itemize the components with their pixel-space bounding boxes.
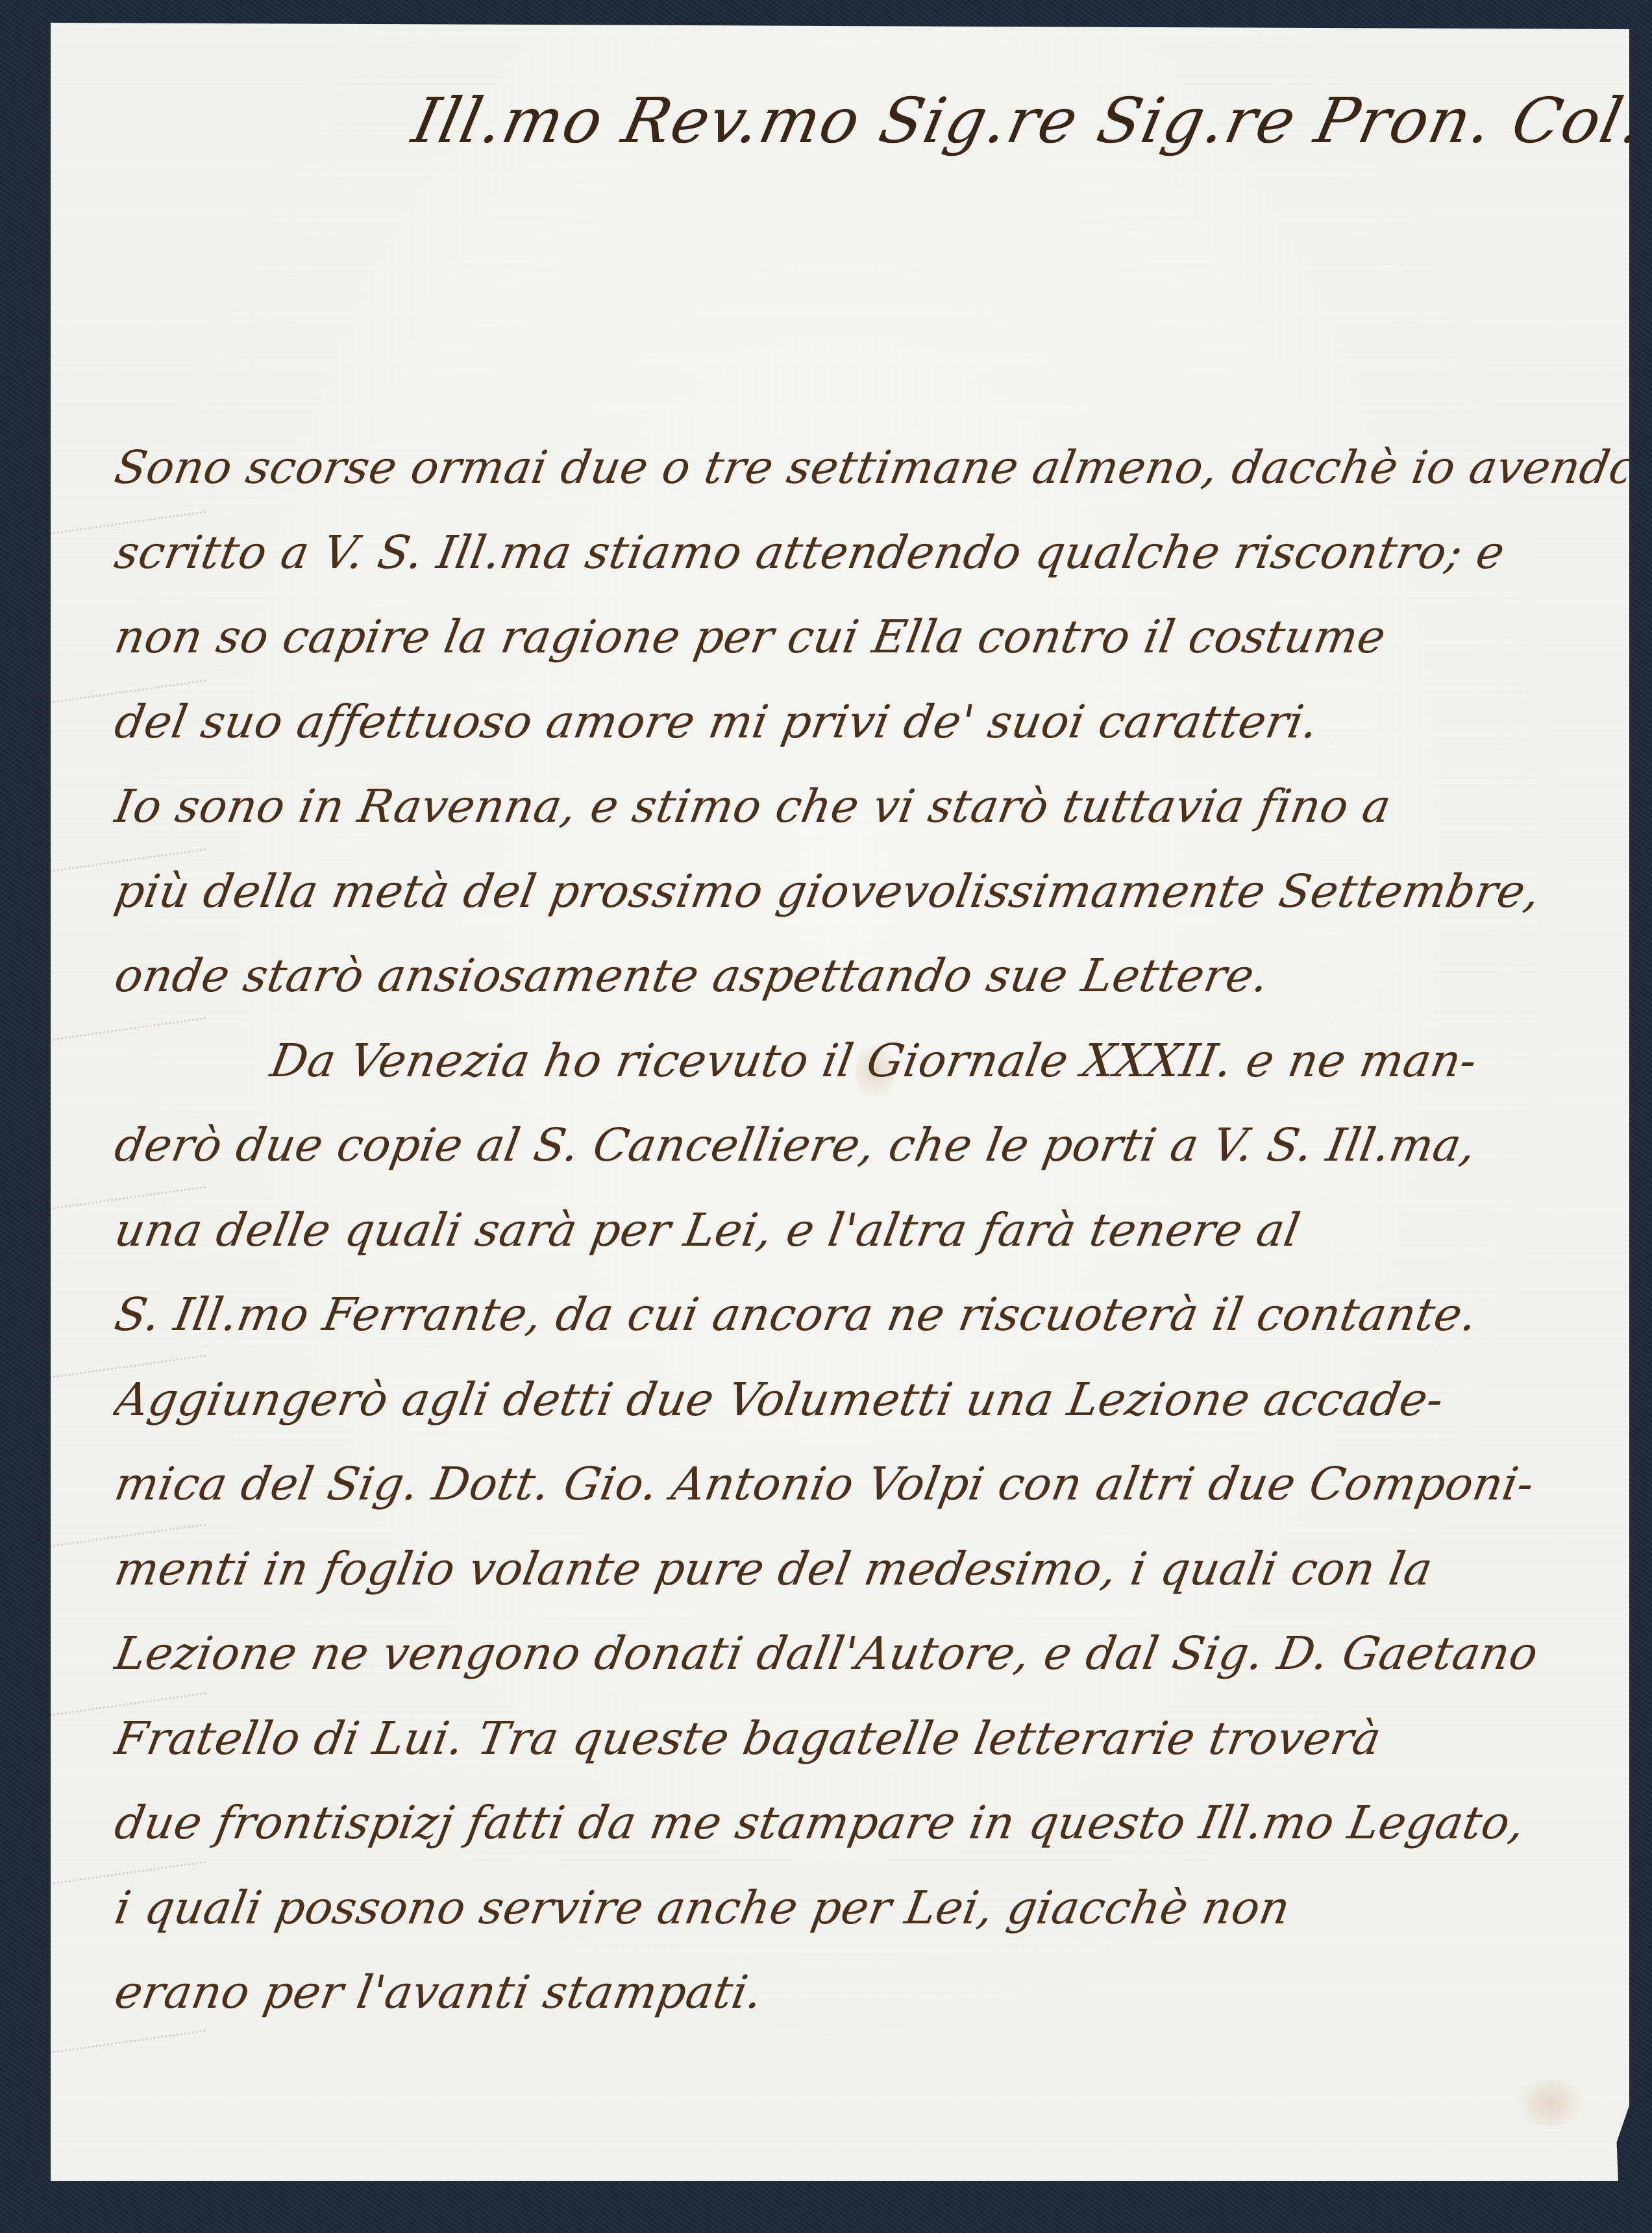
letter-line-16: Fratello di Lui. Tra queste bagatelle le… — [108, 1696, 1629, 1781]
letter-line-2: scritto a V. S. Ill.ma stiamo attendendo… — [108, 510, 1629, 595]
letter-line-5: Io sono in Ravenna, e stimo che vi starò… — [108, 764, 1629, 849]
letter-line-1: Sono scorse ormai due o tre settimane al… — [108, 425, 1629, 510]
letter-line-12: Aggiungerò agli detti due Volumetti una … — [108, 1357, 1629, 1442]
letter-line-7: onde starò ansiosamente aspettando sue L… — [108, 933, 1629, 1018]
letter-line-8-paragraph-start: Da Venezia ho ricevuto il Giornale XXXII… — [108, 1018, 1629, 1104]
letter-line-19: erano per l'avanti stampati. — [108, 1950, 1629, 2035]
letter-line-14: menti in foglio volante pure del medesim… — [108, 1527, 1629, 1612]
letter-line-15: Lezione ne vengono donati dall'Autore, e… — [108, 1611, 1629, 1696]
letter-line-3: non so capire la ragione per cui Ella co… — [108, 595, 1629, 680]
letter-page: Ill.mo Rev.mo Sig.re Sig.re Pron. Col.mo… — [51, 23, 1629, 2181]
letter-line-11: S. Ill.mo Ferrante, da cui ancora ne ris… — [108, 1272, 1629, 1357]
letter-line-13: mica del Sig. Dott. Gio. Antonio Volpi c… — [108, 1442, 1629, 1527]
letter-line-18: i quali possono servire anche per Lei, g… — [108, 1866, 1629, 1951]
letter-body: Sono scorse ormai due o tre settimane al… — [116, 425, 1628, 2035]
letter-line-10: una delle quali sarà per Lei, e l'altra … — [108, 1188, 1629, 1273]
letter-line-6: più della metà del prossimo giovevolissi… — [108, 849, 1629, 934]
letter-line-17: due frontispizj fatti da me stampare in … — [108, 1781, 1629, 1866]
salutation-heading: Ill.mo Rev.mo Sig.re Sig.re Pron. Col.mo — [406, 84, 1396, 157]
letter-line-4: del suo affettuoso amore mi privi de' su… — [108, 680, 1629, 765]
letter-line-9: derò due copie al S. Cancelliere, che le… — [108, 1103, 1629, 1188]
